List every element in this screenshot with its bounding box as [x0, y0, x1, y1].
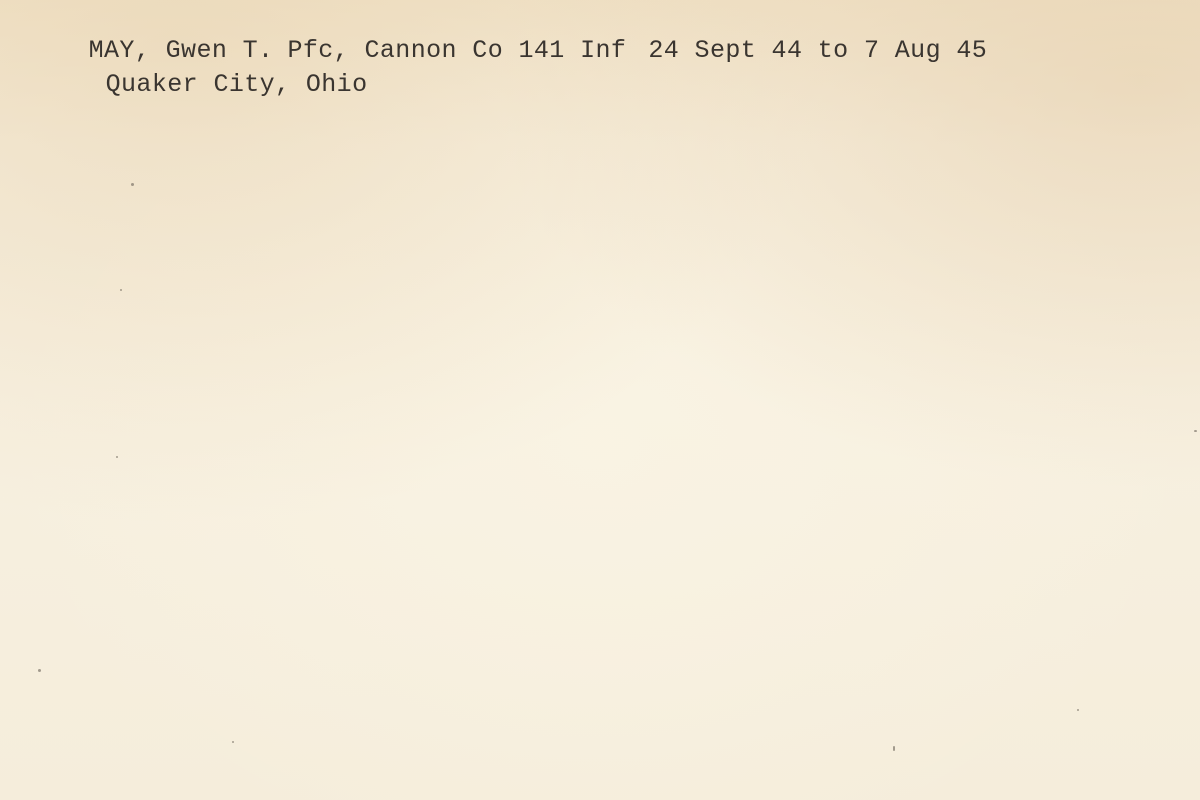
paper-speck: [1194, 430, 1197, 432]
paper-speck: [232, 741, 234, 743]
paper-speck: [131, 183, 134, 186]
paper-speck: [120, 289, 122, 291]
paper-speck: [38, 669, 41, 672]
hometown: Quaker City, Ohio: [106, 72, 368, 97]
index-card: MAY, Gwen T.Pfc, Cannon Co 141 Inf24 Sep…: [0, 0, 1200, 800]
paper-speck: [1077, 709, 1079, 711]
paper-speck: [893, 746, 895, 751]
card-line-2: Quaker City, Ohio: [44, 47, 367, 122]
paper-speck: [116, 456, 118, 458]
service-dates: 24 Sept 44 to 7 Aug 45: [648, 38, 987, 63]
